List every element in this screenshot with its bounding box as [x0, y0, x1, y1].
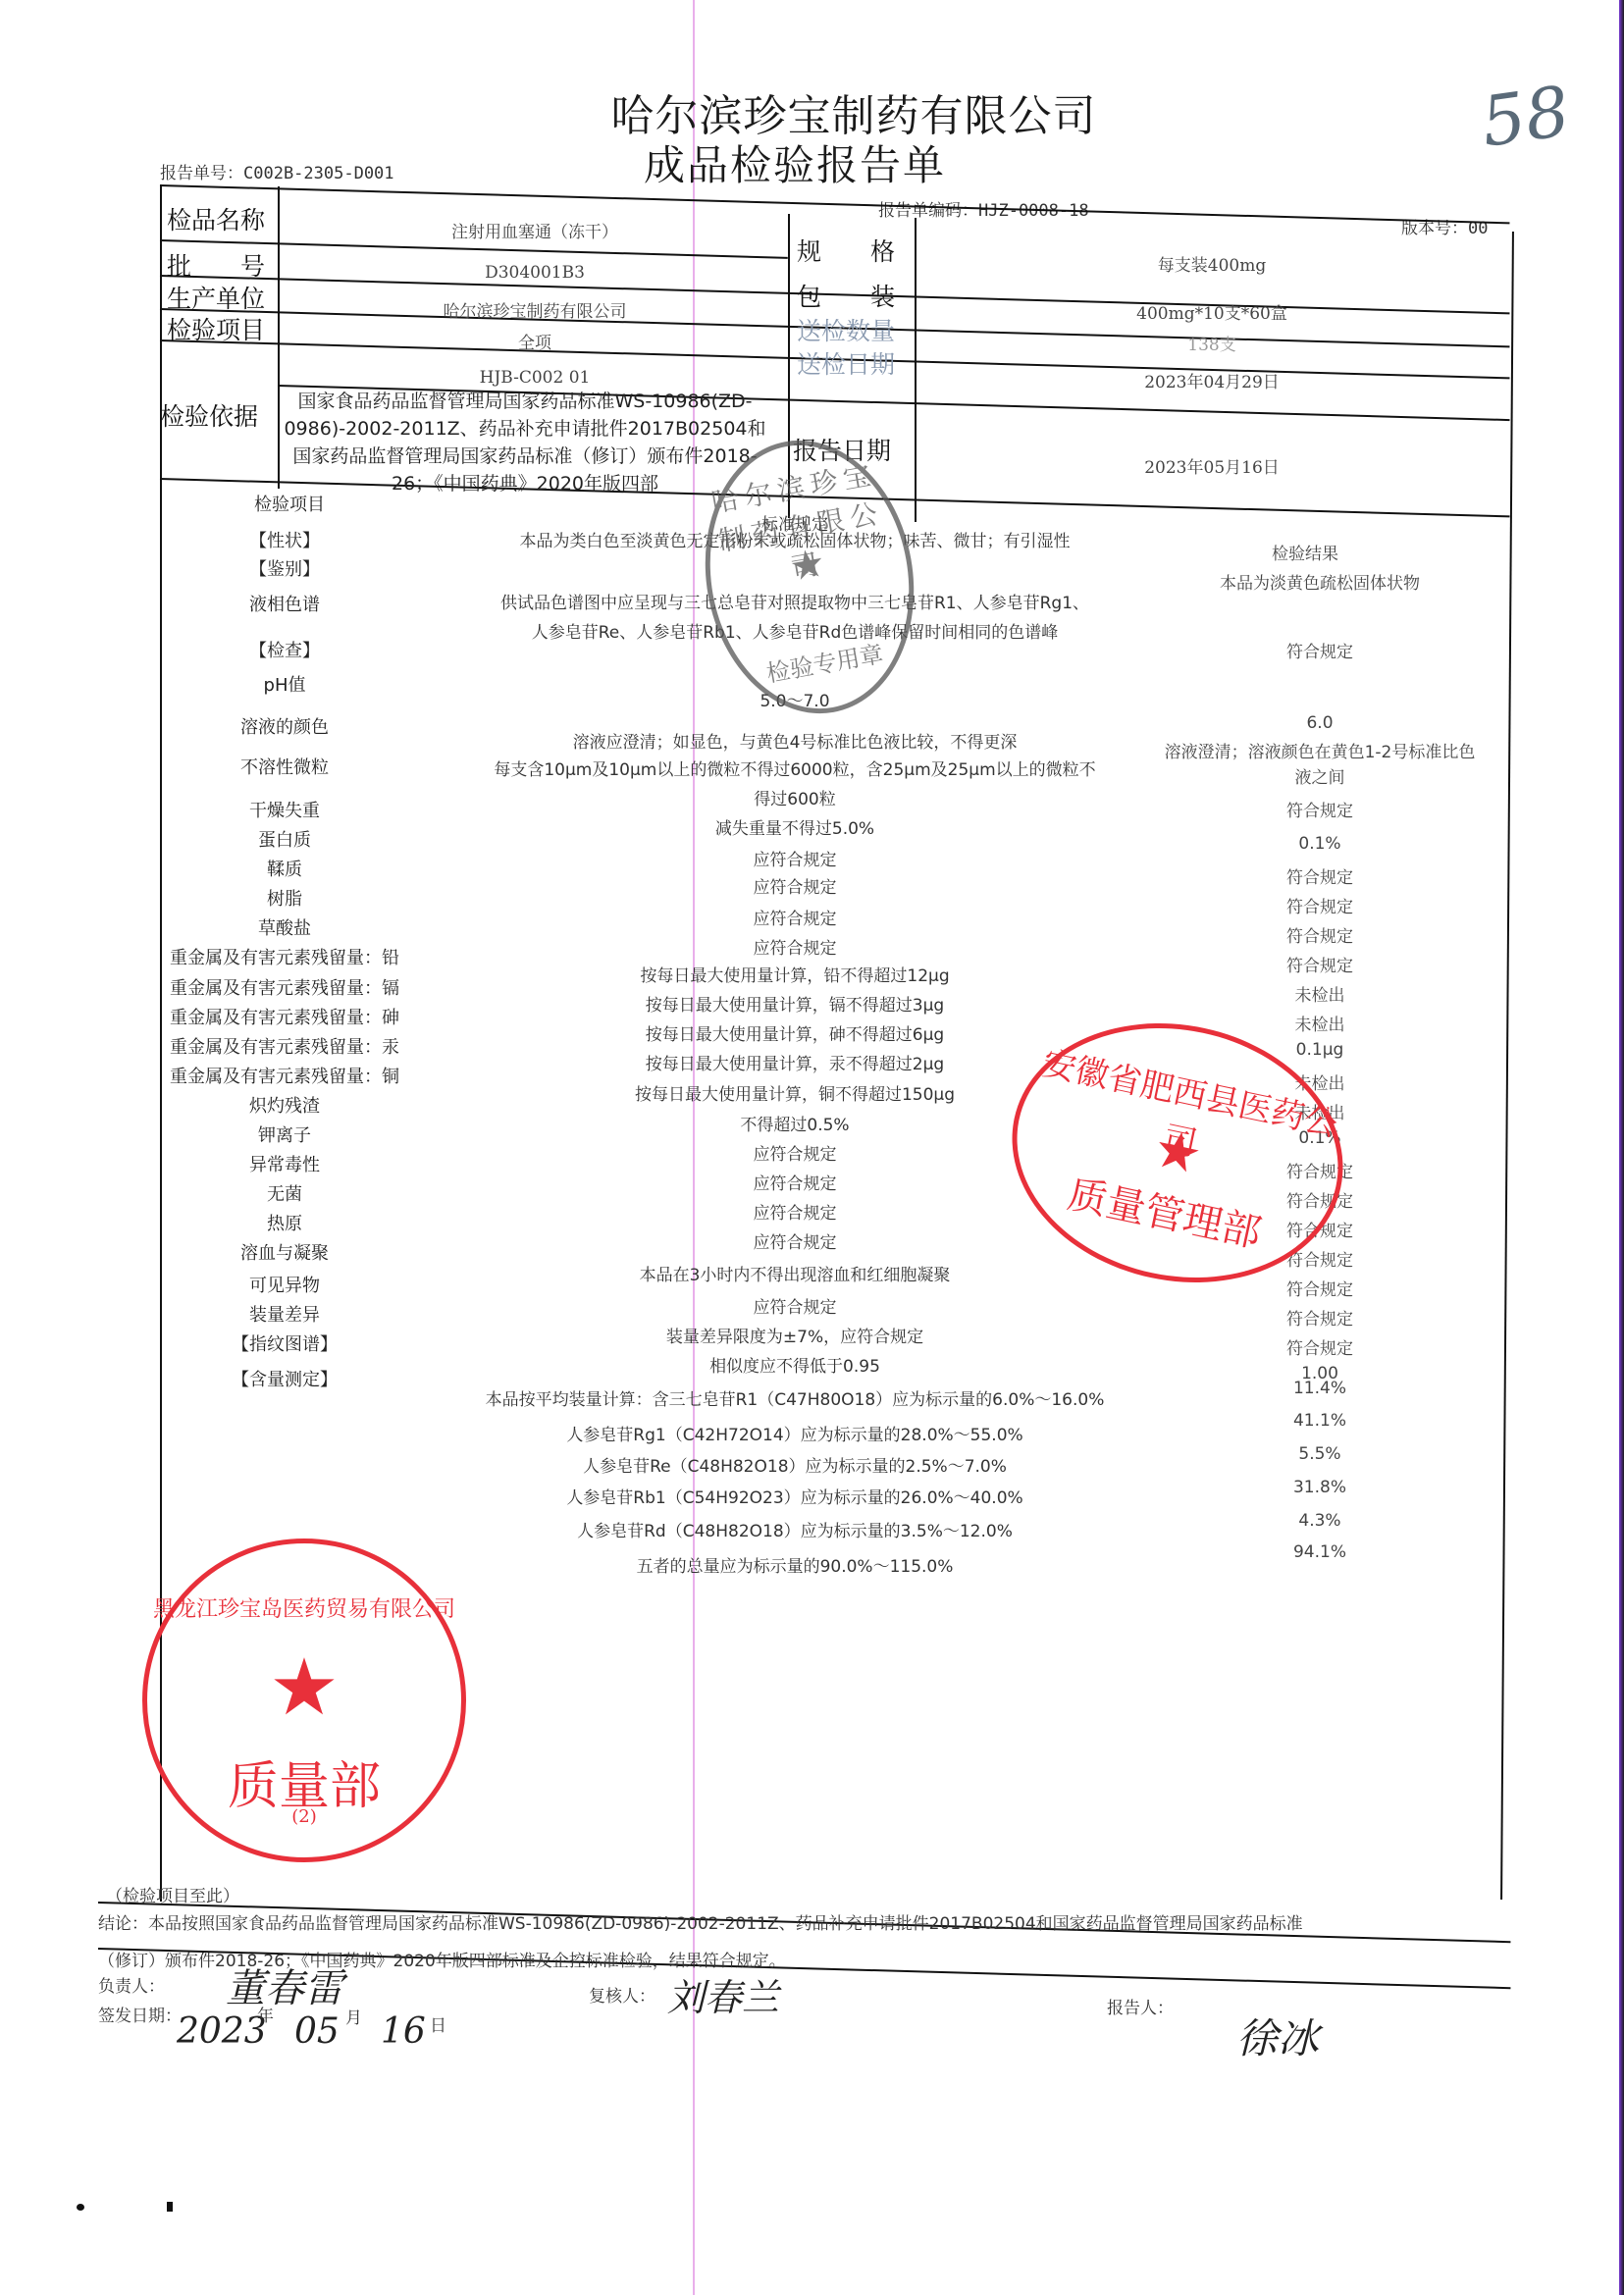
table-row-result: 未检出 [1138, 981, 1501, 1006]
table-row-standard: 本品在3小时内不得出现溶血和红细胞凝聚 [422, 1261, 1168, 1285]
table-row-item: 树脂 [118, 885, 451, 911]
manufacturer-label: 生产单位 [167, 280, 265, 315]
table-row-standard: 人参皂苷Rg1（C42H72O14）应为标示量的28.0%～55.0% [422, 1421, 1168, 1445]
table-row-item: 不溶性微粒 [118, 754, 451, 779]
sample-date-label: 送检日期 [797, 345, 895, 381]
table-row-result: 41.1% [1138, 1411, 1501, 1431]
stamp-number: (2) [147, 1806, 461, 1827]
table-row-item: 无菌 [118, 1180, 451, 1206]
table-row-standard: 人参皂苷Rb1（C54H92O23）应为标示量的26.0%～40.0% [422, 1484, 1168, 1508]
spec-label: 规 格 [797, 233, 895, 268]
hlj-quality-stamp: 黑龙江珍宝岛医药贸易有限公司 ★ 质量部 (2) [142, 1539, 466, 1862]
table-row-standard: 溶液应澄清；如显色，与黄色4号标准比色液比较，不得更深 [422, 728, 1168, 753]
table-row-result: 11.4% [1138, 1379, 1501, 1398]
stamp-text-bottom: 检验专用章 [725, 628, 924, 696]
report-number: 报告单号：C002B-2305-D001 [160, 159, 394, 183]
table-row-item: 草酸盐 [118, 914, 451, 940]
table-row-result: 本品为淡黄色疏松固体状物 [1138, 569, 1501, 594]
spec-value: 每支装400mg [922, 251, 1501, 276]
table-right-border [1500, 232, 1514, 1900]
table-row-standard: 应符合规定 [422, 905, 1168, 929]
reporter-label: 报告人： [1107, 1994, 1174, 2018]
table-row-item: 【性状】 [118, 527, 451, 552]
table-row-standard: 应符合规定 [422, 846, 1168, 870]
table-row-item: 重金属及有害元素残留量：砷 [118, 1004, 451, 1029]
table-row-result: 符合规定 [1138, 893, 1501, 917]
table-row-item: 炽灼残渣 [118, 1092, 451, 1118]
issue-month: 05 [294, 2011, 340, 2052]
table-row-result: 符合规定 [1138, 1305, 1501, 1330]
sample-qty-label: 送检数量 [797, 312, 895, 347]
table-row-result: 溶液澄清；溶液颜色在黄色1-2号标准比色 [1138, 738, 1501, 762]
batch-value: D304001B3 [285, 263, 785, 283]
table-row-standard: 人参皂苷Rd（C48H82O18）应为标示量的3.5%～12.0% [422, 1517, 1168, 1541]
report-date-value: 2023年05月16日 [922, 453, 1501, 478]
table-row-standard: 每支含10μm及10μm以上的微粒不得过6000粒，含25μm及25μm以上的微… [422, 756, 1168, 780]
table-row-item: 【鉴别】 [118, 555, 451, 581]
month-label: 月 [345, 2004, 362, 2028]
table-row-item: 【检查】 [118, 637, 451, 662]
package-value: 400mg*10支*60盒 [922, 299, 1501, 324]
package-label: 包 装 [797, 278, 895, 313]
test-items-value: 全项 [285, 329, 785, 353]
table-row-result: 符合规定 [1138, 638, 1501, 662]
table-row-result: 5.5% [1138, 1444, 1501, 1464]
star-icon: ★ [147, 1642, 461, 1733]
reviewer-label: 复核人： [589, 1982, 655, 2007]
scan-edge [1619, 0, 1624, 2295]
table-row-item: 重金属及有害元素残留量：铅 [118, 944, 451, 969]
conclusion-line1: 结论：本品按照国家食品药品监督管理局国家药品标准WS-10986(ZD-0986… [98, 1909, 1303, 1934]
table-row-item: 溶血与凝聚 [118, 1239, 451, 1265]
day-label: 日 [430, 2011, 446, 2036]
table-row-standard: 减失重量不得过5.0% [422, 814, 1168, 839]
report-number-label: 报告单号： [160, 164, 243, 183]
report-number-value: C002B-2305-D001 [243, 164, 394, 183]
stamp-text-top: 黑龙江珍宝岛医药贸易有限公司 [147, 1592, 461, 1623]
table-row-result: 6.0 [1138, 713, 1501, 733]
table-row-item: 重金属及有害元素残留量：汞 [118, 1033, 451, 1059]
col-header-result: 检验结果 [1158, 540, 1452, 564]
table-row-result: 符合规定 [1138, 922, 1501, 947]
table-row-item: 异常毒性 [118, 1151, 451, 1176]
scan-speck [77, 2204, 84, 2211]
table-row-item: 蛋白质 [118, 826, 451, 852]
sample-qty-value: 138支 [922, 331, 1501, 355]
table-row-item: 干燥失重 [118, 797, 451, 822]
table-row-standard: 应符合规定 [422, 1293, 1168, 1318]
table-row-result: 符合规定 [1138, 1334, 1501, 1359]
table-row-item: 重金属及有害元素残留量：铜 [118, 1063, 451, 1088]
table-row-standard: 五者的总量应为标示量的90.0%～115.0% [422, 1552, 1168, 1577]
page-mark: 58 [1477, 71, 1575, 163]
table-row-result: 94.1% [1138, 1542, 1501, 1562]
right-label-divider [915, 218, 917, 522]
table-row-result: 4.3% [1138, 1511, 1501, 1531]
table-row-standard: 应符合规定 [422, 934, 1168, 959]
end-note: （检验项目至此） [106, 1882, 239, 1906]
basis-text: 国家食品药品监督管理局国家药品标准WS-10986(ZD-0986)-2002-… [280, 388, 770, 497]
table-row-item: 钾离子 [118, 1121, 451, 1147]
batch-label: 批 号 [167, 247, 265, 283]
table-row-standard: 装量差异限度为±7%，应符合规定 [422, 1323, 1168, 1347]
table-row-item: 鞣质 [118, 856, 451, 881]
table-row-item: 可见异物 [118, 1272, 451, 1297]
table-row-standard: 本品按平均装量计算：含三七皂苷R1（C47H80O18）应为标示量的6.0%～1… [422, 1385, 1168, 1410]
table-row-standard: 应符合规定 [422, 1228, 1168, 1253]
table-row-standard: 按每日最大使用量计算，铅不得超过12μg [422, 962, 1168, 986]
table-row-item: 热原 [118, 1210, 451, 1235]
table-row-item: 液相色谱 [118, 591, 451, 616]
reviewer-signature: 刘春兰 [667, 1967, 779, 2021]
table-row-item: pH值 [118, 671, 451, 697]
table-row-standard: 人参皂苷Re（C48H82O18）应为标示量的2.5%～7.0% [422, 1452, 1168, 1477]
responsible-signature: 董春雷 [226, 1957, 343, 2013]
col-header-item: 检验项目 [162, 491, 417, 516]
scan-speck [167, 2202, 173, 2212]
issue-year: 2023 [177, 2011, 267, 2052]
test-items-label: 检验项目 [167, 311, 265, 346]
table-row-standard: 按每日最大使用量计算，镉不得超过3μg [422, 991, 1168, 1016]
table-row-item: 装量差异 [118, 1301, 451, 1327]
table-row-result: 0.1% [1138, 834, 1501, 854]
product-name-label: 检品名称 [167, 201, 265, 236]
product-name-value: 注射用血塞通（冻干） [285, 218, 785, 242]
table-row-item: 溶液的颜色 [118, 713, 451, 739]
table-row-standard: 得过600粒 [422, 785, 1168, 809]
table-row-item: 【指纹图谱】 [118, 1330, 451, 1356]
table-row-standard: 应符合规定 [422, 873, 1168, 898]
table-row-result: 符合规定 [1138, 863, 1501, 888]
sample-date-value: 2023年04月29日 [922, 368, 1501, 392]
table-row-item: 【含量测定】 [118, 1366, 451, 1391]
reporter-signature: 徐冰 [1236, 2007, 1319, 2065]
responsible-label: 负责人： [98, 1972, 165, 1997]
method-code: HJB-C002 01 [285, 368, 785, 388]
issue-day: 16 [381, 2011, 426, 2052]
table-row-item: 重金属及有害元素残留量：镉 [118, 974, 451, 1000]
issue-date-label: 签发日期： [98, 2002, 182, 2026]
table-row-result: 液之间 [1138, 763, 1501, 788]
year-label: 年 [257, 2002, 274, 2026]
table-row-result: 31.8% [1138, 1478, 1501, 1497]
table-row-result: 符合规定 [1138, 797, 1501, 821]
manufacturer-value: 哈尔滨珍宝制药有限公司 [285, 297, 785, 322]
version: 版本号：00 [1401, 214, 1488, 238]
basis-label: 检验依据 [160, 397, 258, 433]
table-row-result: 符合规定 [1138, 952, 1501, 976]
table-row-standard: 相似度应不得低于0.95 [422, 1352, 1168, 1377]
